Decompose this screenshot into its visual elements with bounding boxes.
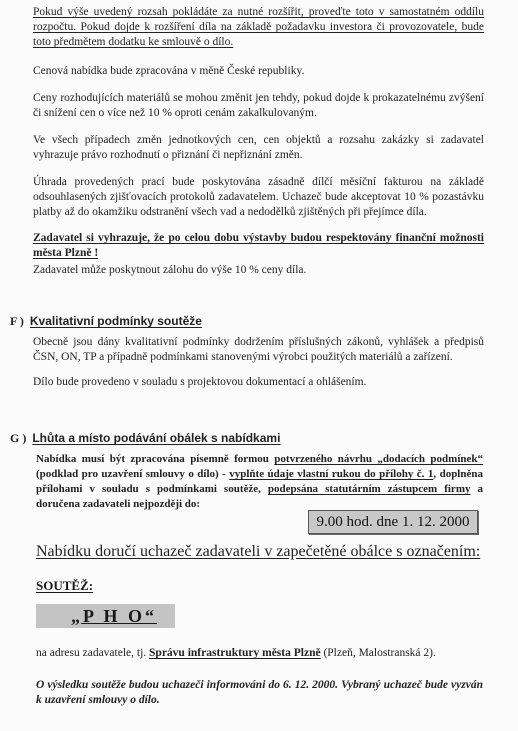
contest-name: „P H O“ — [71, 606, 157, 626]
section-g-heading: G )Lhůta a místo podávání obálek s nabíd… — [10, 431, 280, 446]
envelope-note: Nabídku doručí uchazeč zadavateli v zape… — [36, 543, 480, 561]
intro-text-2: (podklad pro uzavření smlouvy o dílo) - — [36, 468, 229, 480]
section-f-paragraph-1: Obecně jsou dány kvalitativní podmínky d… — [33, 335, 484, 365]
address-line: na adresu zadavatele, tj. Správu infrast… — [36, 646, 487, 661]
section-f-letter: F ) — [10, 314, 24, 328]
section-f-paragraph-2: Dílo bude provedeno v souladu s projekto… — [33, 375, 484, 390]
address-text-2: (Plzeň, Malostranská 2). — [321, 647, 436, 659]
address-text-1: na adresu zadavatele, tj. — [36, 647, 149, 659]
deadline-box: 9.00 hod. dne 1. 12. 2000 — [308, 510, 478, 534]
paragraph-financial-limits: Zadavatel si vyhrazuje, že po celou dobu… — [33, 231, 484, 261]
section-f-title: Kvalitativní podmínky soutěže — [30, 314, 202, 328]
paragraph-price-changes: Ve všech případech změn jednotkových cen… — [33, 133, 484, 163]
contest-name-box: „P H O“ — [36, 604, 175, 628]
intro-underline-1: potvrzeného návrhu „dodacích podmínek“ — [274, 453, 483, 465]
contest-label: SOUTĚŽ: — [36, 578, 93, 594]
address-organization: Správu infrastruktury města Plzně — [149, 647, 321, 659]
section-g-letter: G ) — [10, 431, 26, 445]
intro-underline-3: podepsána statutárním zástupcem firmy — [268, 483, 471, 495]
paragraph-payment: Úhrada provedených prací bude poskytován… — [33, 175, 484, 220]
paragraph-currency: Cenová nabídka bude zpracována v měně Če… — [33, 64, 484, 79]
paragraph-scope-extension: Pokud výše uvedený rozsah pokládáte za n… — [33, 5, 484, 50]
section-f-heading: F )Kvalitativní podmínky soutěže — [10, 314, 202, 329]
paragraph-advance: Zadavatel může poskytnout zálohu do výše… — [33, 263, 484, 278]
intro-text-1: Nabídka musí být zpracována písemně form… — [36, 453, 274, 465]
section-g-title: Lhůta a místo podávání obálek s nabídkam… — [32, 431, 280, 445]
paragraph-material-prices: Ceny rozhodujících materiálů se mohou zm… — [33, 91, 484, 121]
section-g-intro: Nabídka musí být zpracována písemně form… — [36, 452, 483, 512]
result-note: O výsledku soutěže budou uchazeči inform… — [36, 678, 483, 708]
intro-underline-2: vyplňte údaje vlastní rukou do přílohy č… — [229, 468, 433, 480]
